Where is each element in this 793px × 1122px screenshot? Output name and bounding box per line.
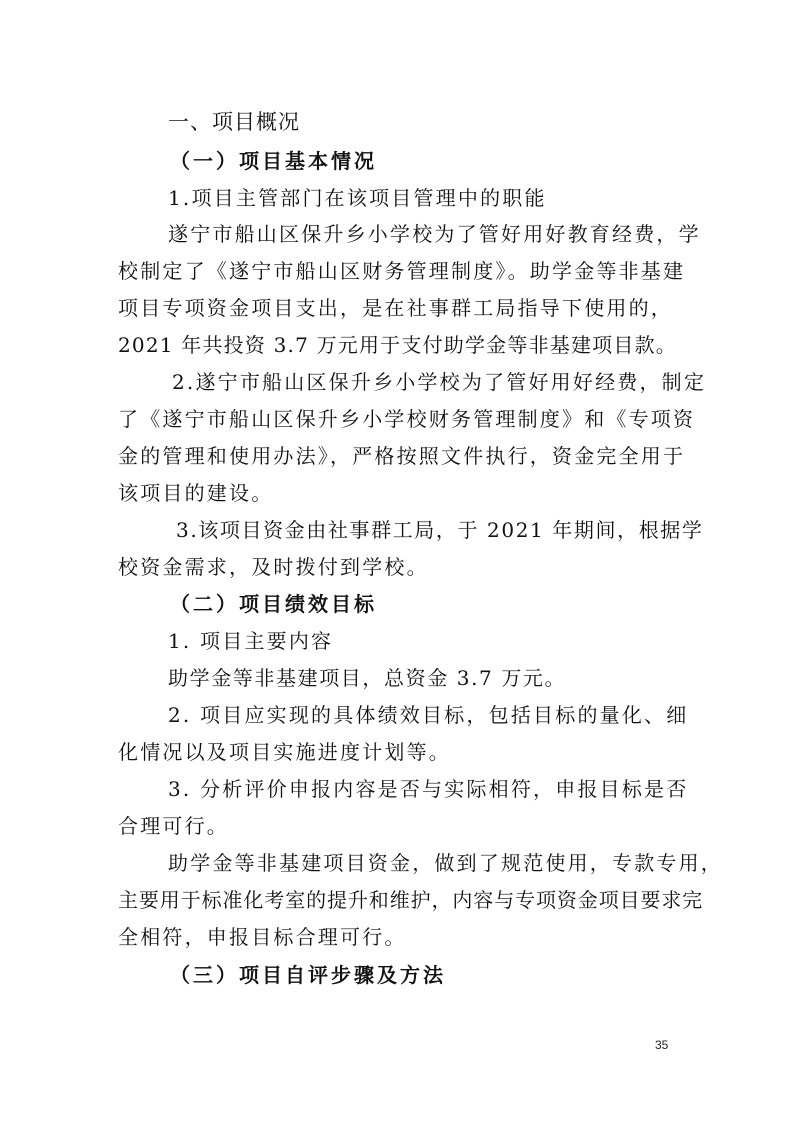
paragraph-line: 3. 分析评价申报内容是否与实际相符，申报目标是否 xyxy=(168,775,738,803)
paragraph-line: 化情况以及项目实施进度计划等。 xyxy=(118,738,688,766)
subsection-title-self-evaluation: （三）项目自评步骤及方法 xyxy=(170,961,740,989)
paragraph-line: 2.遂宁市船山区保升乡小学校为了管好用好经费，制定 xyxy=(172,368,742,396)
subsection-title-performance-goals: （二）项目绩效目标 xyxy=(170,590,740,618)
paragraph-line: 主要用于标准化考室的提升和维护，内容与专项资金项目要求完 xyxy=(118,886,688,914)
paragraph-line: 了《遂宁市船山区保升乡小学校财务管理制度》和《专项资 xyxy=(118,405,688,433)
subsection-title-basic-info: （一）项目基本情况 xyxy=(170,147,740,175)
paragraph-line: 全相符，申报目标合理可行。 xyxy=(118,923,688,951)
item-heading-department-role: 1.项目主管部门在该项目管理中的职能 xyxy=(168,184,738,212)
paragraph-line: 助学金等非基建项目资金，做到了规范使用，专款专用， xyxy=(168,849,738,877)
document-page: 一、项目概况 （一）项目基本情况 1.项目主管部门在该项目管理中的职能 遂宁市船… xyxy=(0,0,793,1122)
paragraph-line: 遂宁市船山区保升乡小学校为了管好用好教育经费，学 xyxy=(168,220,738,248)
paragraph-line: 3.该项目资金由社事群工局，于 2021 年期间，根据学 xyxy=(176,516,746,544)
paragraph-line: 项目专项资金项目支出，是在社事群工局指导下使用的， xyxy=(118,294,688,322)
item-heading-main-content: 1. 项目主要内容 xyxy=(168,627,738,655)
paragraph-line: 该项目的建设。 xyxy=(118,479,688,507)
paragraph-line: 金的管理和使用办法》，严格按照文件执行，资金完全用于 xyxy=(118,442,688,470)
paragraph-line: 2021 年共投资 3.7 万元用于支付助学金等非基建项目款。 xyxy=(118,331,688,359)
paragraph-line: 合理可行。 xyxy=(118,812,688,840)
paragraph-line: 助学金等非基建项目，总资金 3.7 万元。 xyxy=(168,664,738,692)
paragraph-line: 校资金需求，及时拨付到学校。 xyxy=(118,553,688,581)
paragraph-line: 2. 项目应实现的具体绩效目标，包括目标的量化、细 xyxy=(168,701,738,729)
page-number: 35 xyxy=(655,1038,668,1052)
paragraph-line: 校制定了《遂宁市船山区财务管理制度》。助学金等非基建 xyxy=(118,257,688,285)
section-title: 一、项目概况 xyxy=(168,108,738,136)
